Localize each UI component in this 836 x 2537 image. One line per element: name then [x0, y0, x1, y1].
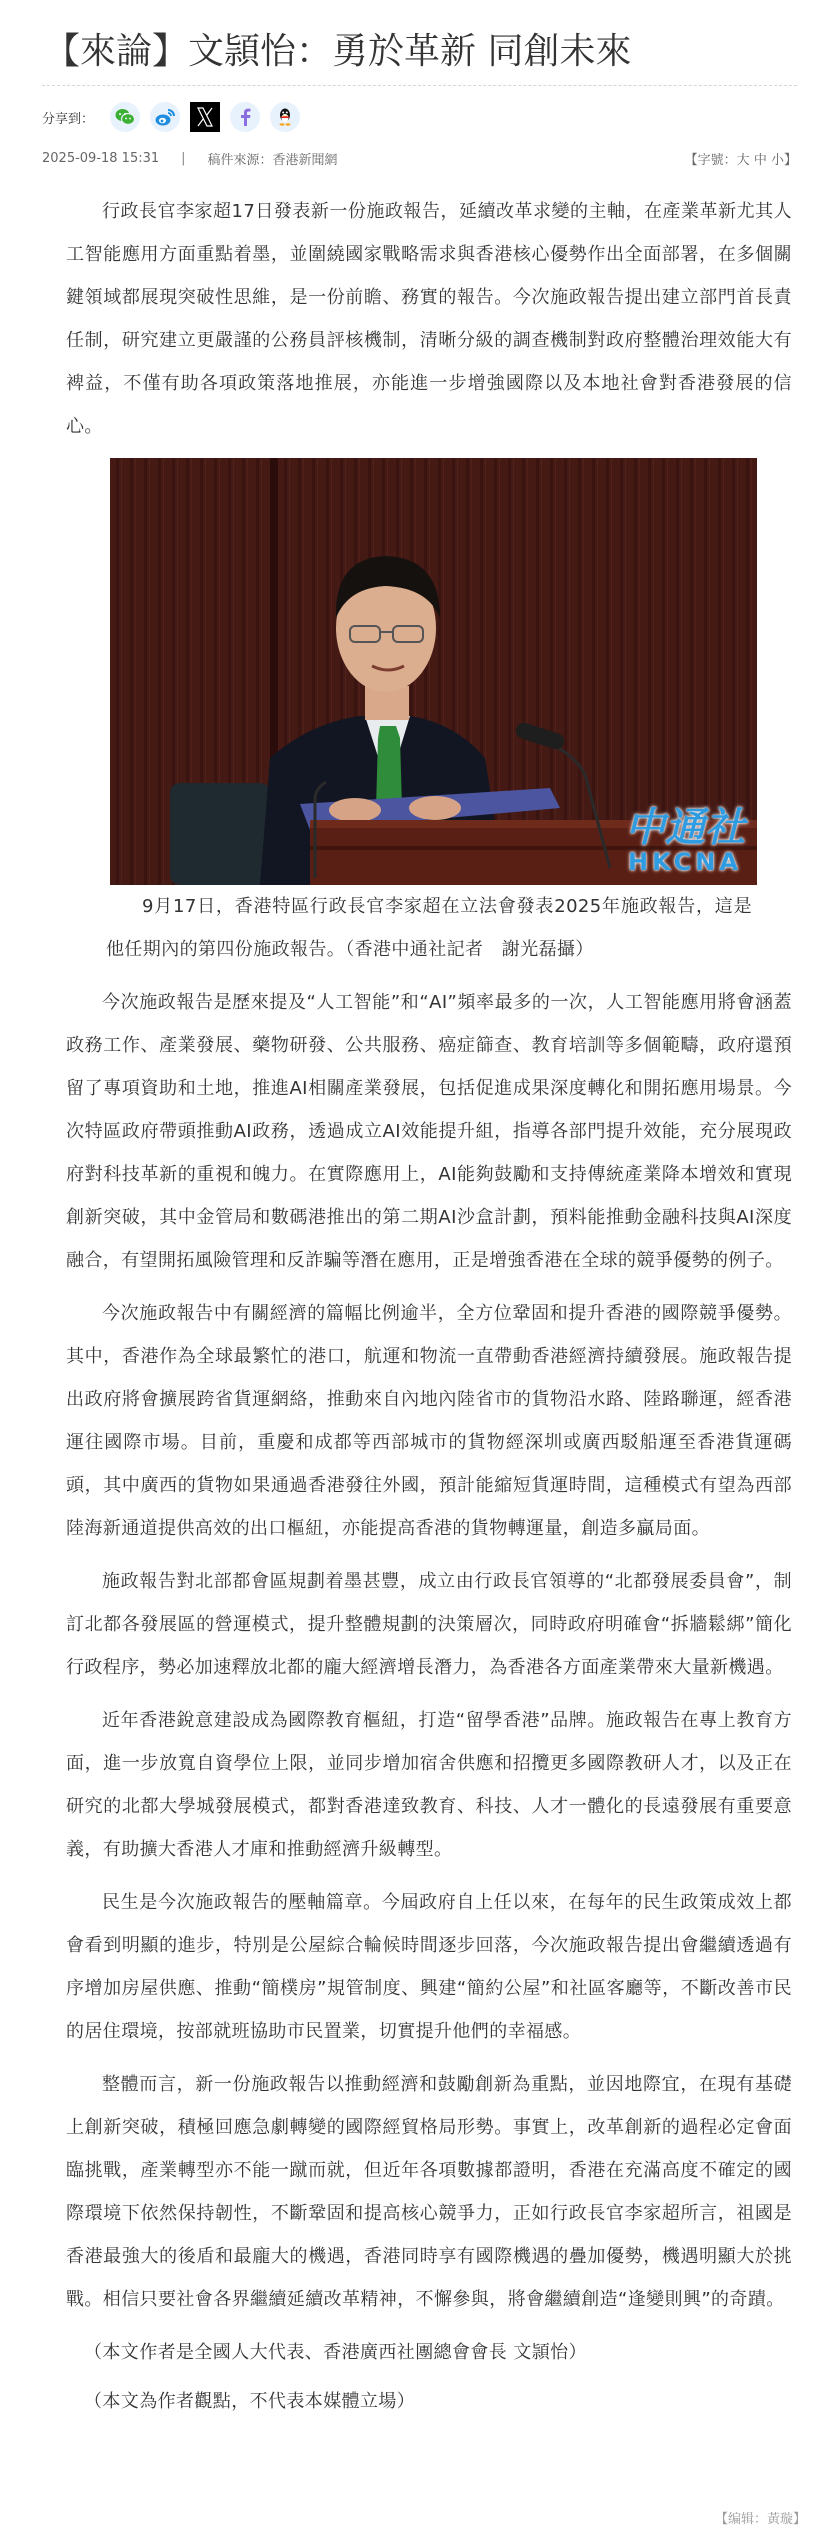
article-title: 【來論】文頴怡：勇於革新 同創未來: [44, 28, 631, 76]
share-facebook-button[interactable]: [230, 102, 260, 132]
disclaimer: （本文為作者觀點，不代表本媒體立場）: [66, 2380, 792, 2423]
editor-credit: 【编辑：黃璇】: [715, 2508, 806, 2527]
paragraph: 今次施政報告中有關經濟的篇幅比例逾半，全方位鞏固和提升香港的國際競爭優勢。其中，…: [66, 1292, 792, 1550]
x-icon: [196, 107, 214, 127]
paragraph: 今次施政報告是歷來提及“人工智能”和“AI”頻率最多的一次，人工智能應用將會涵蓋…: [66, 981, 792, 1282]
paragraph: 整體而言，新一份施政報告以推動經濟和鼓勵創新為重點，並因地際宜，在現有基礎上創新…: [66, 2063, 792, 2321]
article-photo: 中通社 HKCNA: [110, 458, 757, 885]
meta-separator: |: [181, 151, 185, 166]
author-note: （本文作者是全國人大代表、香港廣西社團總會會長 文頴怡）: [66, 2331, 792, 2374]
share-qq-button[interactable]: [270, 102, 300, 132]
font-size-suffix: 】: [784, 153, 797, 168]
font-size-medium-button[interactable]: 中: [754, 153, 767, 168]
paragraph: 施政報告對北部都會區規劃着墨甚豐，成立由行政長官領導的“北都發展委員會”，制訂北…: [66, 1560, 792, 1689]
font-size-control: 【字號：大 中 小】: [685, 149, 797, 168]
share-weibo-button[interactable]: [150, 102, 180, 132]
weibo-icon: [154, 107, 176, 127]
share-bar: 分享到：: [42, 101, 310, 133]
publish-datetime: 2025-09-18 15:31: [42, 151, 159, 166]
font-size-prefix: 【字號：: [685, 153, 737, 168]
paragraph: 民生是今次施政報告的壓軸篇章。今屆政府自上任以來，在每年的民生政策成效上都會看到…: [66, 1881, 792, 2053]
hkcna-watermark: 中通社 HKCNA: [625, 807, 745, 875]
watermark-chinese: 中通社: [625, 807, 745, 849]
watermark-english: HKCNA: [625, 849, 745, 875]
article-body: 行政長官李家超17日發表新一份施政報告，延續改革求變的主軸，在產業革新尤其人工智…: [66, 190, 792, 2429]
qq-icon: [277, 107, 293, 127]
title-divider: [42, 85, 797, 86]
font-size-small-button[interactable]: 小: [771, 153, 784, 168]
photo-caption: 9月17日，香港特區行政長官李家超在立法會發表2025年施政報告，這是他任期內的…: [66, 885, 792, 971]
share-x-button[interactable]: [190, 102, 220, 132]
font-size-large-button[interactable]: 大: [737, 153, 750, 168]
facebook-icon: [238, 107, 252, 127]
wechat-icon: [114, 107, 136, 127]
share-label: 分享到：: [42, 108, 94, 127]
share-wechat-button[interactable]: [110, 102, 140, 132]
article-source: 稿件來源：香港新聞網: [208, 149, 338, 168]
article-meta: 2025-09-18 15:31 | 稿件來源：香港新聞網 【字號：大 中 小】: [42, 147, 797, 169]
paragraph: 近年香港銳意建設成為國際教育樞紐，打造“留學香港”品牌。施政報告在專上教育方面，…: [66, 1699, 792, 1871]
paragraph: 行政長官李家超17日發表新一份施政報告，延續改革求變的主軸，在產業革新尤其人工智…: [66, 190, 792, 448]
